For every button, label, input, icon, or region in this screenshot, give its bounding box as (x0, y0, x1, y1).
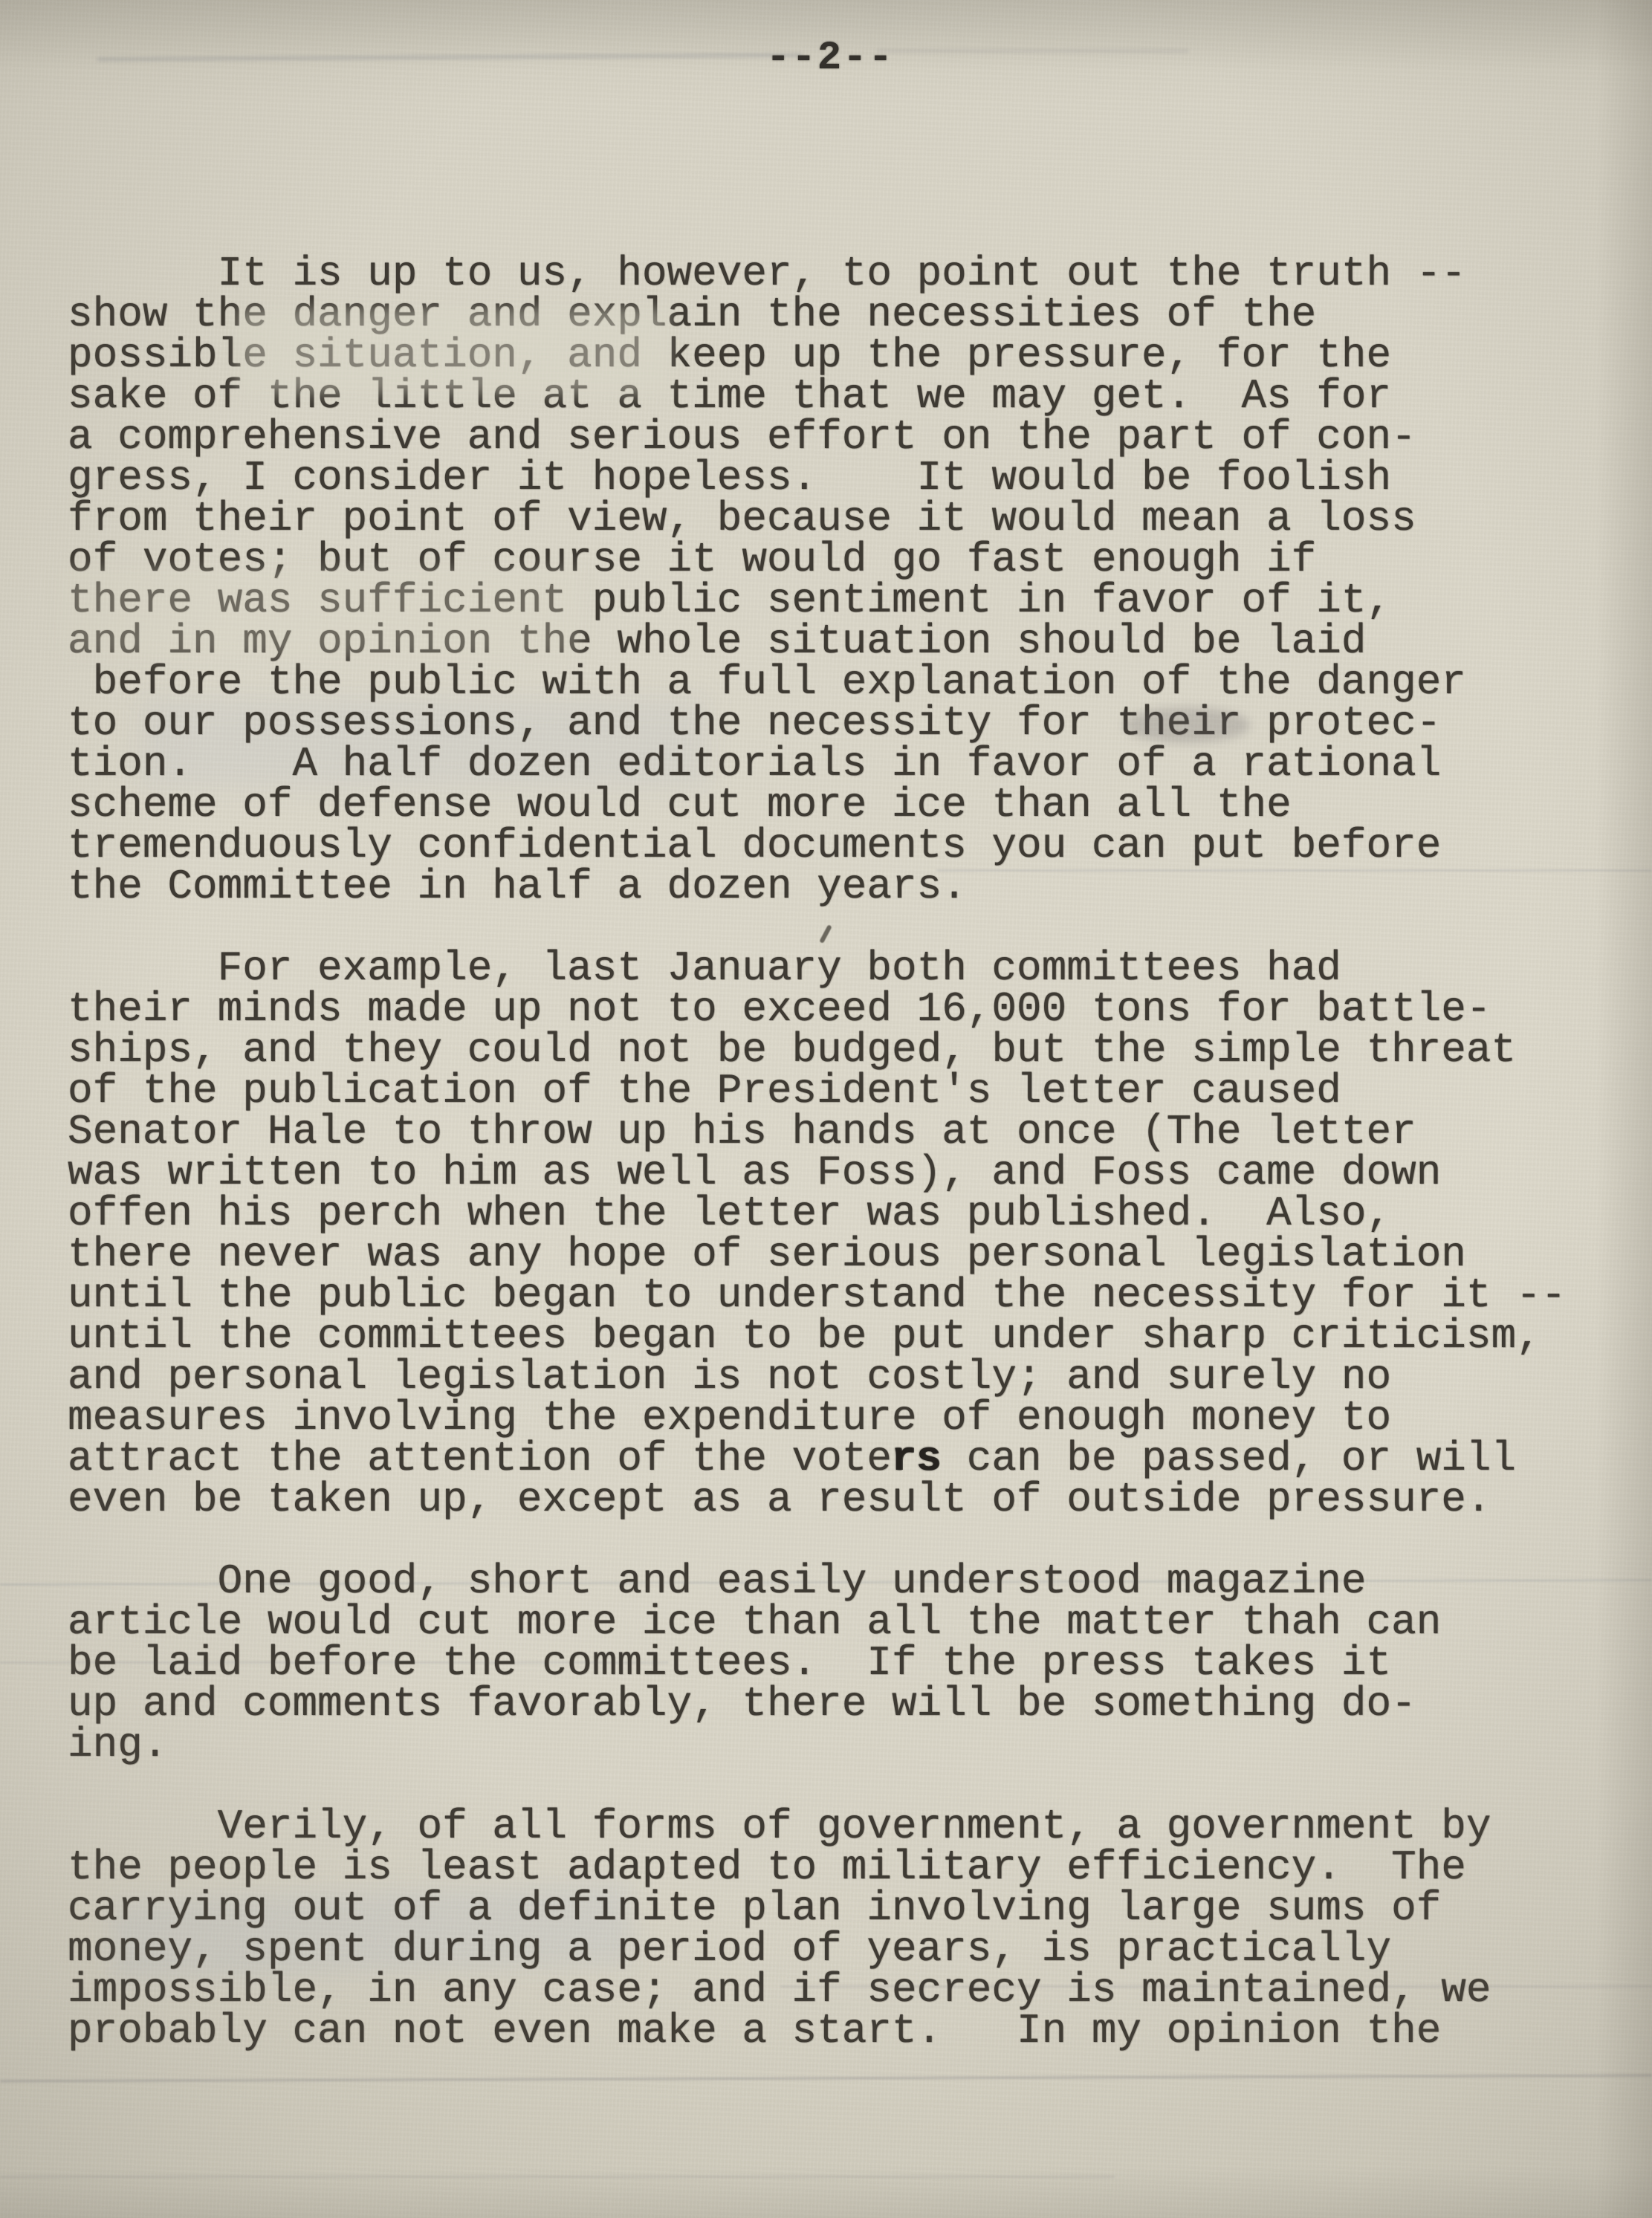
paper-line (0, 2176, 1115, 2178)
paragraph-3: One good, short and easily understood ma… (68, 1561, 1613, 1765)
page-edge-shadow (0, 2166, 1652, 2218)
paragraph-1: It is up to us, however, to point out th… (68, 253, 1613, 907)
scanned-letter-page: --2-- It is up to us, however, to point … (0, 0, 1652, 2218)
crease-line (877, 49, 1189, 53)
paragraph-4: Verily, of all forms of government, a go… (68, 1806, 1613, 2052)
crease-line (97, 53, 803, 62)
letter-body: It is up to us, however, to point out th… (68, 253, 1613, 2092)
page-number: --2-- (766, 39, 894, 79)
paragraph-2: For example, last January both committee… (68, 948, 1613, 1520)
overstruck-letters: rs (891, 1439, 941, 1479)
ink-smudge (1124, 707, 1250, 743)
